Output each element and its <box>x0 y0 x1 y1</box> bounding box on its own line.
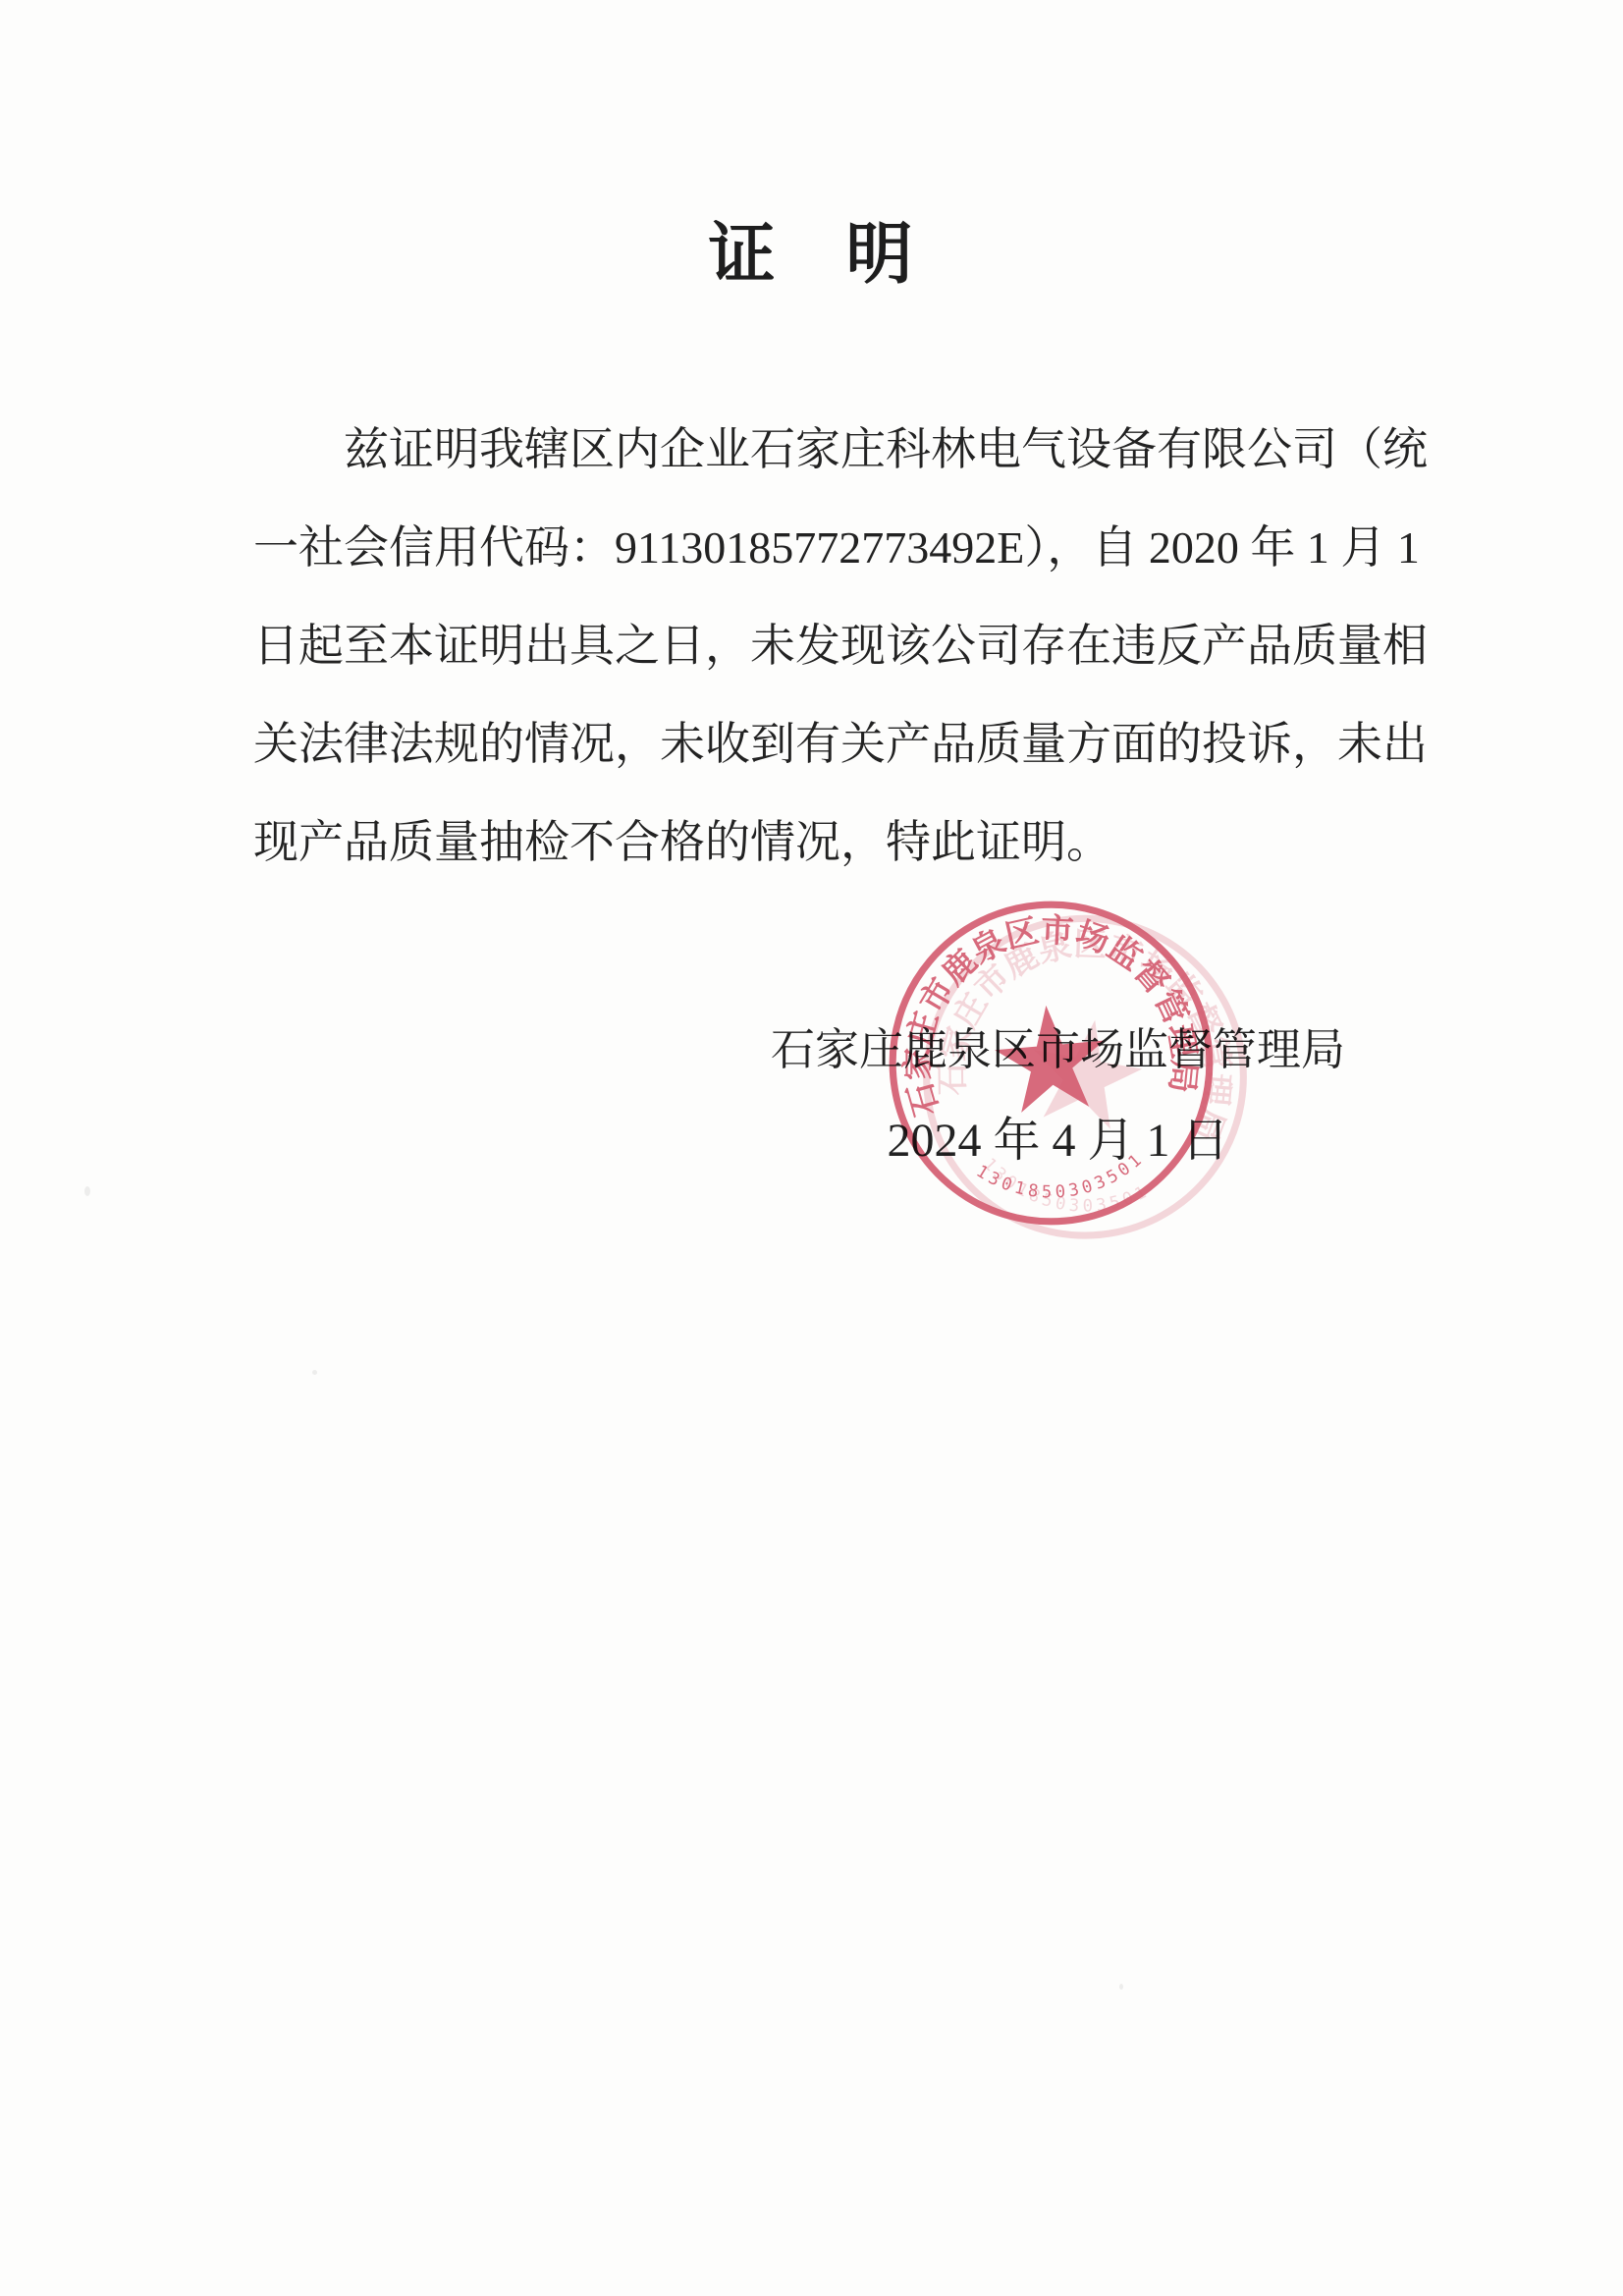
body-line: 兹证明我辖区内企业石家庄科林电气设备有限公司（统 <box>253 401 1375 499</box>
body-line: 关法律法规的情况，未收到有关产品质量方面的投诉，未出 <box>253 695 1375 793</box>
scan-artifact <box>1119 1984 1123 1990</box>
scan-artifact <box>84 1186 90 1196</box>
certificate-body: 兹证明我辖区内企业石家庄科林电气设备有限公司（统 一社会信用代码：9113018… <box>253 401 1375 892</box>
body-line: 一社会信用代码：91130185772773492E），自 2020 年 1 月… <box>253 499 1375 597</box>
body-line: 日起至本证明出具之日，未发现该公司存在违反产品质量相 <box>253 597 1375 695</box>
page-title: 证 明 <box>0 201 1623 297</box>
scan-artifact <box>312 1370 317 1375</box>
certificate-page: 证 明 兹证明我辖区内企业石家庄科林电气设备有限公司（统 一社会信用代码：911… <box>0 0 1623 2296</box>
official-seal-graphic: 石家庄市鹿泉区市场监督管理局 1301850303501 <box>882 894 1220 1232</box>
official-seal: 石家庄市鹿泉区市场监督管理局 1301850303501 <box>882 894 1220 1232</box>
body-line: 现产品质量抽检不合格的情况，特此证明。 <box>253 793 1375 892</box>
